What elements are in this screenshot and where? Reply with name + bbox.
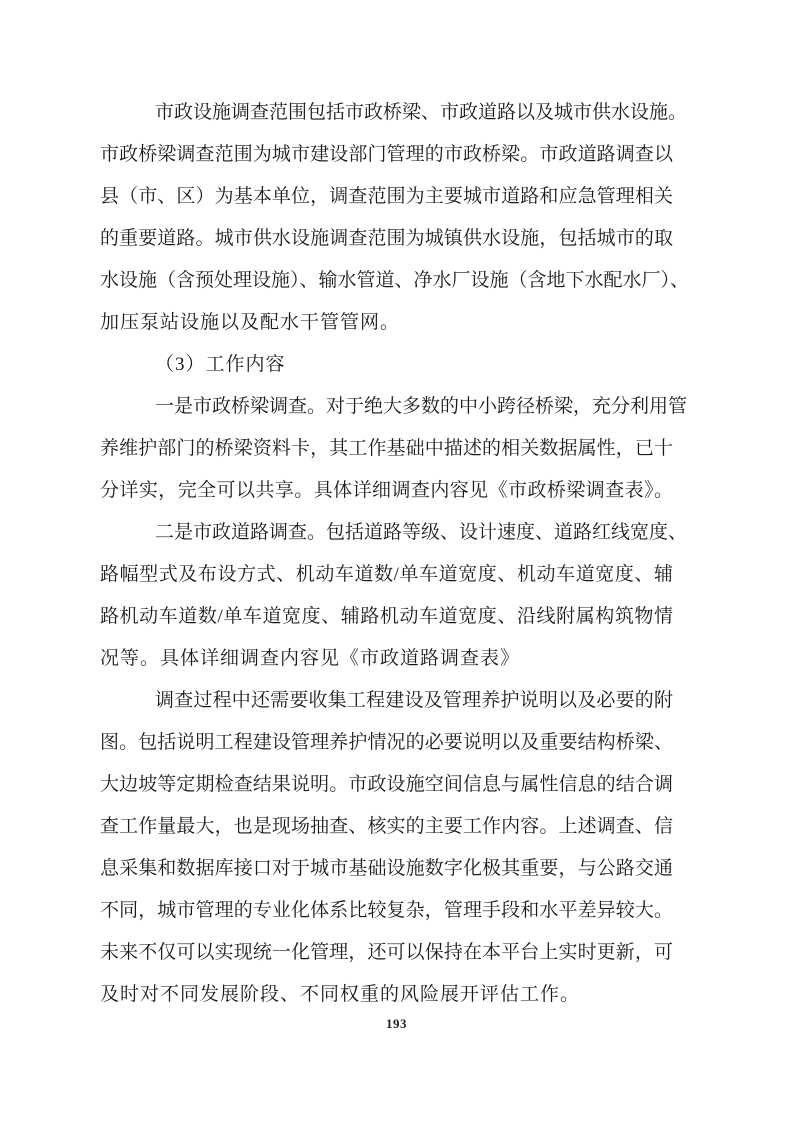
- text-line: 县（市、区）为基本单位，调查范围为主要城市道路和应急管理相关: [100, 176, 673, 218]
- text-line: 一是市政桥梁调查。对于绝大多数的中小跨径桥梁，充分利用管: [100, 386, 673, 428]
- text-line: 二是市政道路调查。包括道路等级、设计速度、道路红线宽度、: [100, 512, 673, 554]
- text-line: 未来不仅可以实现统一化管理，还可以保持在本平台上实时更新，可: [100, 932, 673, 974]
- text-line: 查工作量最大，也是现场抽查、核实的主要工作内容。上述调查、信: [100, 806, 673, 848]
- text-line: 分详实，完全可以共享。具体详细调查内容见《市政桥梁调查表》。: [100, 470, 673, 512]
- text-line: 的重要道路。城市供水设施调查范围为城镇供水设施，包括城市的取: [100, 218, 673, 260]
- text-line: 养维护部门的桥梁资料卡，其工作基础中描述的相关数据属性，已十: [100, 428, 673, 470]
- text-line: 不同，城市管理的专业化体系比较复杂，管理手段和水平差异较大。: [100, 890, 673, 932]
- text-line: 市政设施调查范围包括市政桥梁、市政道路以及城市供水设施。: [100, 92, 673, 134]
- page-number: 193: [0, 1016, 793, 1032]
- text-line: 路机动车道数/单车道宽度、辅路机动车道宽度、沿线附属构筑物情: [100, 596, 673, 638]
- document-body: 市政设施调查范围包括市政桥梁、市政道路以及城市供水设施。 市政桥梁调查范围为城市…: [100, 92, 673, 1016]
- text-line: 水设施（含预处理设施）、输水管道、净水厂设施（含地下水配水厂）、: [100, 260, 673, 302]
- text-line: 及时对不同发展阶段、不同权重的风险展开评估工作。: [100, 974, 673, 1016]
- section-heading: （3）工作内容: [100, 344, 673, 386]
- text-line: 加压泵站设施以及配水干管管网。: [100, 302, 673, 344]
- text-line: 市政桥梁调查范围为城市建设部门管理的市政桥梁。市政道路调查以: [100, 134, 673, 176]
- text-line: 图。包括说明工程建设管理养护情况的必要说明以及重要结构桥梁、: [100, 722, 673, 764]
- text-line: 大边坡等定期检查结果说明。市政设施空间信息与属性信息的结合调: [100, 764, 673, 806]
- text-line: 况等。具体详细调查内容见《市政道路调查表》: [100, 638, 673, 680]
- text-line: 调查过程中还需要收集工程建设及管理养护说明以及必要的附: [100, 680, 673, 722]
- document-page: 市政设施调查范围包括市政桥梁、市政道路以及城市供水设施。 市政桥梁调查范围为城市…: [0, 0, 793, 1122]
- text-line: 路幅型式及布设方式、机动车道数/单车道宽度、机动车道宽度、辅: [100, 554, 673, 596]
- text-line: 息采集和数据库接口对于城市基础设施数字化极其重要，与公路交通: [100, 848, 673, 890]
